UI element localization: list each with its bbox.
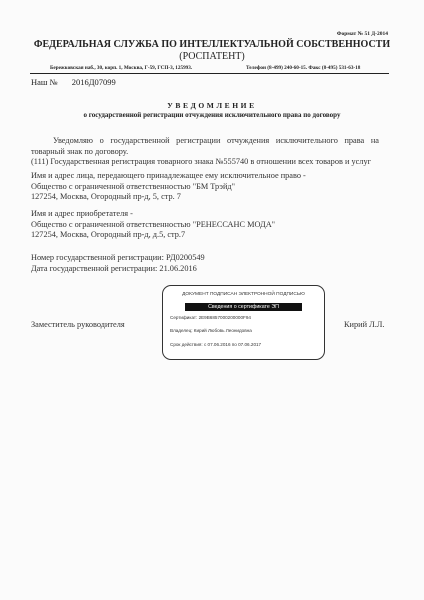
registration-info: Номер государственной регистрации: РД020… [31,253,205,274]
acquirer-label: Имя и адрес приобретателя - [31,209,275,220]
organization-phones: Телефон (8-499) 240-60-15. Факс (8-495) … [246,65,360,71]
electronic-signature-stamp: ДОКУМЕНТ ПОДПИСАН ЭЛЕКТРОННОЙ ПОДПИСЬЮ С… [162,285,325,360]
registration-line: (111) Государственная регистрация товарн… [31,157,371,168]
notice-subtitle: о государственной регистрации отчуждения… [0,111,424,119]
stamp-certificate: Сертификат: 2E9B6857000200000F94 [170,315,251,320]
stamp-validity: Срок действия: с 07.06.2016 по 07.06.201… [170,342,261,347]
acquirer-address: 127254, Москва, Огородный пр-д, д.5, стр… [31,230,275,241]
stamp-heading: ДОКУМЕНТ ПОДПИСАН ЭЛЕКТРОННОЙ ПОДПИСЬЮ [163,292,324,297]
stamp-owner: Владелец: Кирий Любовь Леонидовна [170,328,252,333]
form-number: Формат № 51 Д-2014 [337,31,388,37]
transferor-address: 127254, Москва, Огородный пр-д, 5, стр. … [31,192,306,203]
acquirer-name: Общество с ограниченной ответственностью… [31,220,275,231]
organization-short-name: (РОСПАТЕНТ) [0,51,424,62]
stamp-certificate-bar: Сведения о сертификате ЭП [185,303,302,311]
reference-label: Наш № [31,77,58,87]
header-divider [30,73,389,74]
registration-number: Номер государственной регистрации: РД020… [31,253,205,264]
intro-paragraph: Уведомляю о государственной регистрации … [31,136,379,157]
reference-number: Наш №2016Д07099 [31,77,130,87]
signer-name: Кирий Л.Л. [344,320,384,329]
organization-name: ФЕДЕРАЛЬНАЯ СЛУЖБА ПО ИНТЕЛЛЕКТУАЛЬНОЙ С… [0,39,424,50]
acquirer-block: Имя и адрес приобретателя - Общество с о… [31,209,275,241]
organization-address: Бережковская наб., 30, корп. 1, Москва, … [50,65,192,71]
transferor-name: Общество с ограниченной ответственностью… [31,182,306,193]
reference-value: 2016Д07099 [72,77,116,87]
transferor-label: Имя и адрес лица, передающего принадлежа… [31,171,306,182]
notice-title: УВЕДОМЛЕНИЕ [0,101,424,110]
signer-role: Заместитель руководителя [31,320,125,329]
registration-date: Дата государственной регистрации: 21.06.… [31,264,205,275]
transferor-block: Имя и адрес лица, передающего принадлежа… [31,171,306,203]
